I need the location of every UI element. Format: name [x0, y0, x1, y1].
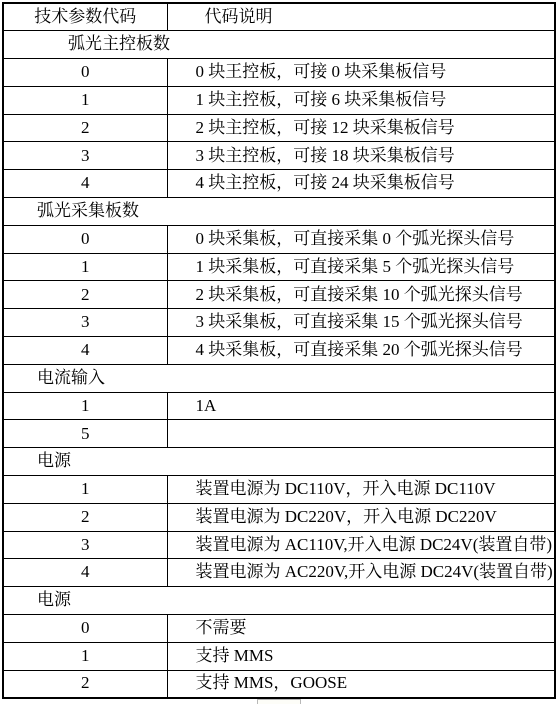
data-row: 4装置电源为 AC220V,开入电源 DC24V(装置自带) [3, 559, 555, 587]
code-cell: 4 [3, 337, 167, 365]
code-cell: 0 [3, 225, 167, 253]
data-row: 11A [3, 392, 555, 420]
code-cell: 3 [3, 309, 167, 337]
section-title: 弧光主控板数 [3, 31, 555, 59]
desc-cell: 2 块主控板，可接 12 块采集板信号 [167, 114, 555, 142]
data-row: 22 块采集板，可直接采集 10 个弧光探头信号 [3, 281, 555, 309]
section-title: 电源 [3, 587, 555, 615]
data-row: 5 [3, 420, 555, 448]
data-row: 00 块采集板，可直接采集 0 个弧光探头信号 [3, 225, 555, 253]
data-row: 11 块主控板，可接 6 块采集板信号 [3, 86, 555, 114]
code-cell: 0 [3, 59, 167, 87]
cropped-box-artifact [257, 699, 301, 704]
page: 技术参数代码 代码说明 弧光主控板数00 块王控板，可接 0 块采集板信号11 … [0, 0, 559, 704]
code-cell: 2 [3, 281, 167, 309]
desc-cell: 4 块采集板，可直接采集 20 个弧光探头信号 [167, 337, 555, 365]
code-cell: 5 [3, 420, 167, 448]
code-cell: 2 [3, 670, 167, 698]
code-cell: 1 [3, 86, 167, 114]
code-cell: 1 [3, 476, 167, 504]
section-title: 弧光采集板数 [3, 198, 555, 226]
table-body: 弧光主控板数00 块王控板，可接 0 块采集板信号11 块主控板，可接 6 块采… [3, 31, 555, 698]
desc-cell: 1A [167, 392, 555, 420]
data-row: 0不需要 [3, 615, 555, 643]
code-cell: 1 [3, 642, 167, 670]
document-page: { "table": { "header": { "col1": "技术参数代码… [0, 0, 559, 704]
header-row: 技术参数代码 代码说明 [3, 3, 555, 31]
header-col-desc: 代码说明 [167, 3, 555, 31]
code-cell: 1 [3, 253, 167, 281]
desc-cell [167, 420, 555, 448]
code-cell: 2 [3, 503, 167, 531]
desc-cell: 装置电源为 AC110V,开入电源 DC24V(装置自带) [167, 531, 555, 559]
section-row: 弧光主控板数 [3, 31, 555, 59]
desc-cell: 不需要 [167, 615, 555, 643]
data-row: 2装置电源为 DC220V，开入电源 DC220V [3, 503, 555, 531]
data-row: 00 块王控板，可接 0 块采集板信号 [3, 59, 555, 87]
code-cell: 3 [3, 142, 167, 170]
desc-cell: 3 块采集板，可直接采集 15 个弧光探头信号 [167, 309, 555, 337]
desc-cell: 装置电源为 AC220V,开入电源 DC24V(装置自带) [167, 559, 555, 587]
data-row: 44 块采集板，可直接采集 20 个弧光探头信号 [3, 337, 555, 365]
section-row: 弧光采集板数 [3, 198, 555, 226]
desc-cell: 0 块王控板，可接 0 块采集板信号 [167, 59, 555, 87]
code-cell: 4 [3, 559, 167, 587]
code-cell: 2 [3, 114, 167, 142]
data-row: 11 块采集板，可直接采集 5 个弧光探头信号 [3, 253, 555, 281]
data-row: 22 块主控板，可接 12 块采集板信号 [3, 114, 555, 142]
desc-cell: 1 块采集板，可直接采集 5 个弧光探头信号 [167, 253, 555, 281]
section-row: 电源 [3, 587, 555, 615]
code-cell: 3 [3, 531, 167, 559]
desc-cell: 装置电源为 DC110V，开入电源 DC110V [167, 476, 555, 504]
desc-cell: 3 块主控板，可接 18 块采集板信号 [167, 142, 555, 170]
data-row: 33 块主控板，可接 18 块采集板信号 [3, 142, 555, 170]
parameter-code-table: 技术参数代码 代码说明 弧光主控板数00 块王控板，可接 0 块采集板信号11 … [2, 2, 556, 699]
section-row: 电源 [3, 448, 555, 476]
desc-cell: 1 块主控板，可接 6 块采集板信号 [167, 86, 555, 114]
data-row: 33 块采集板，可直接采集 15 个弧光探头信号 [3, 309, 555, 337]
section-title: 电流输入 [3, 364, 555, 392]
code-cell: 4 [3, 170, 167, 198]
desc-cell: 装置电源为 DC220V，开入电源 DC220V [167, 503, 555, 531]
desc-cell: 2 块采集板，可直接采集 10 个弧光探头信号 [167, 281, 555, 309]
data-row: 44 块主控板，可接 24 块采集板信号 [3, 170, 555, 198]
data-row: 3装置电源为 AC110V,开入电源 DC24V(装置自带) [3, 531, 555, 559]
data-row: 1支持 MMS [3, 642, 555, 670]
data-row: 1装置电源为 DC110V，开入电源 DC110V [3, 476, 555, 504]
header-col-code: 技术参数代码 [3, 3, 167, 31]
desc-cell: 支持 MMS [167, 642, 555, 670]
code-cell: 1 [3, 392, 167, 420]
section-title: 电源 [3, 448, 555, 476]
code-cell: 0 [3, 615, 167, 643]
desc-cell: 0 块采集板，可直接采集 0 个弧光探头信号 [167, 225, 555, 253]
desc-cell: 支持 MMS，GOOSE [167, 670, 555, 698]
desc-cell: 4 块主控板，可接 24 块采集板信号 [167, 170, 555, 198]
data-row: 2支持 MMS，GOOSE [3, 670, 555, 698]
section-row: 电流输入 [3, 364, 555, 392]
